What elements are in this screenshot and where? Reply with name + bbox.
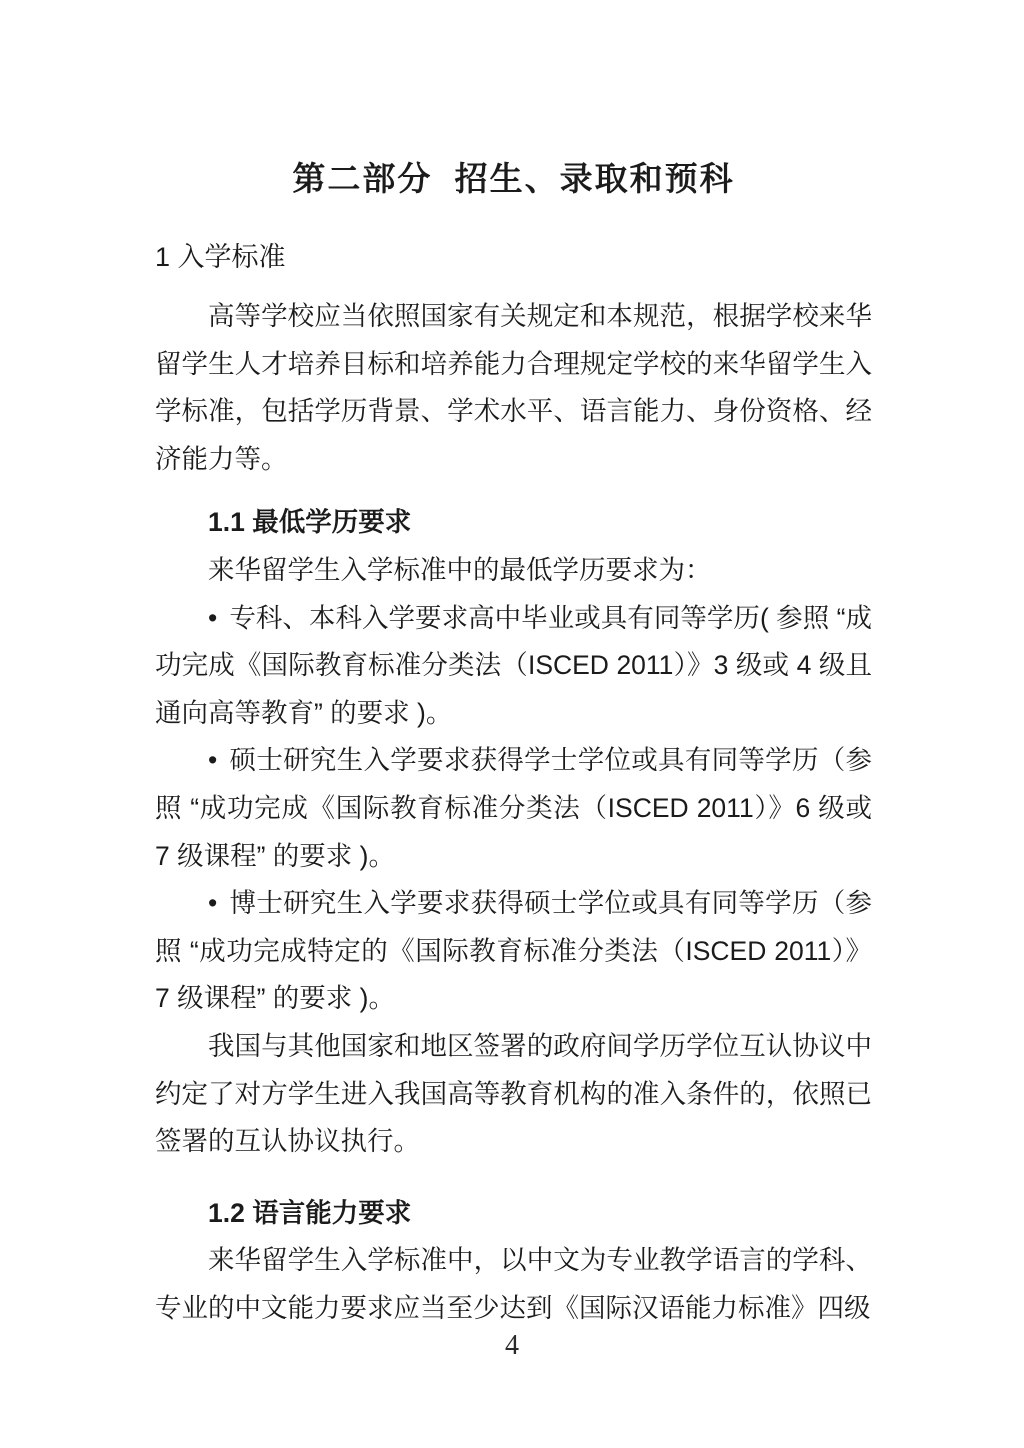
paragraph-minimum-qualification-intro: 来华留学生入学标准中的最低学历要求为： [155,547,872,595]
bullet-item-text: 硕士研究生入学要求获得学士学位或具有同等学历（参照 “成功完成《国际教育标准分类… [155,745,872,870]
subsection-heading-1-1: 1.1 最低学历要求 [155,499,872,547]
document-page: 第二部分 招生、录取和预科 1 入学标准 高等学校应当依照国家有关规定和本规范，… [0,0,1024,1448]
page-title: 第二部分 招生、录取和预科 [155,155,872,203]
paragraph-mutual-recognition: 我国与其他国家和地区签署的政府间学历学位互认协议中约定了对方学生进入我国高等教育… [155,1023,872,1166]
paragraph-language-requirement: 来华留学生入学标准中，以中文为专业教学语言的学科、专业的中文能力要求应当至少达到… [155,1237,872,1332]
section-heading-1: 1 入学标准 [155,233,872,281]
bullet-icon: • [208,880,217,928]
subsection-heading-1-2: 1.2 语言能力要求 [155,1190,872,1238]
bullet-item-doctoral: •博士研究生入学要求获得硕士学位或具有同等学历（参照 “成功完成特定的《国际教育… [155,880,872,1023]
page-number: 4 [0,1330,1024,1362]
bullet-item-undergraduate: •专科、本科入学要求高中毕业或具有同等学历( 参照 “成功完成《国际教育标准分类… [155,595,872,738]
paragraph-admission-standards: 高等学校应当依照国家有关规定和本规范，根据学校来华留学生人才培养目标和培养能力合… [155,293,872,483]
bullet-item-text: 专科、本科入学要求高中毕业或具有同等学历( 参照 “成功完成《国际教育标准分类法… [155,603,872,728]
bullet-icon: • [208,595,217,643]
bullet-icon: • [208,737,217,785]
document-content: 第二部分 招生、录取和预科 1 入学标准 高等学校应当依照国家有关规定和本规范，… [155,155,872,1332]
bullet-item-master: •硕士研究生入学要求获得学士学位或具有同等学历（参照 “成功完成《国际教育标准分… [155,737,872,880]
bullet-item-text: 博士研究生入学要求获得硕士学位或具有同等学历（参照 “成功完成特定的《国际教育标… [155,888,872,1013]
